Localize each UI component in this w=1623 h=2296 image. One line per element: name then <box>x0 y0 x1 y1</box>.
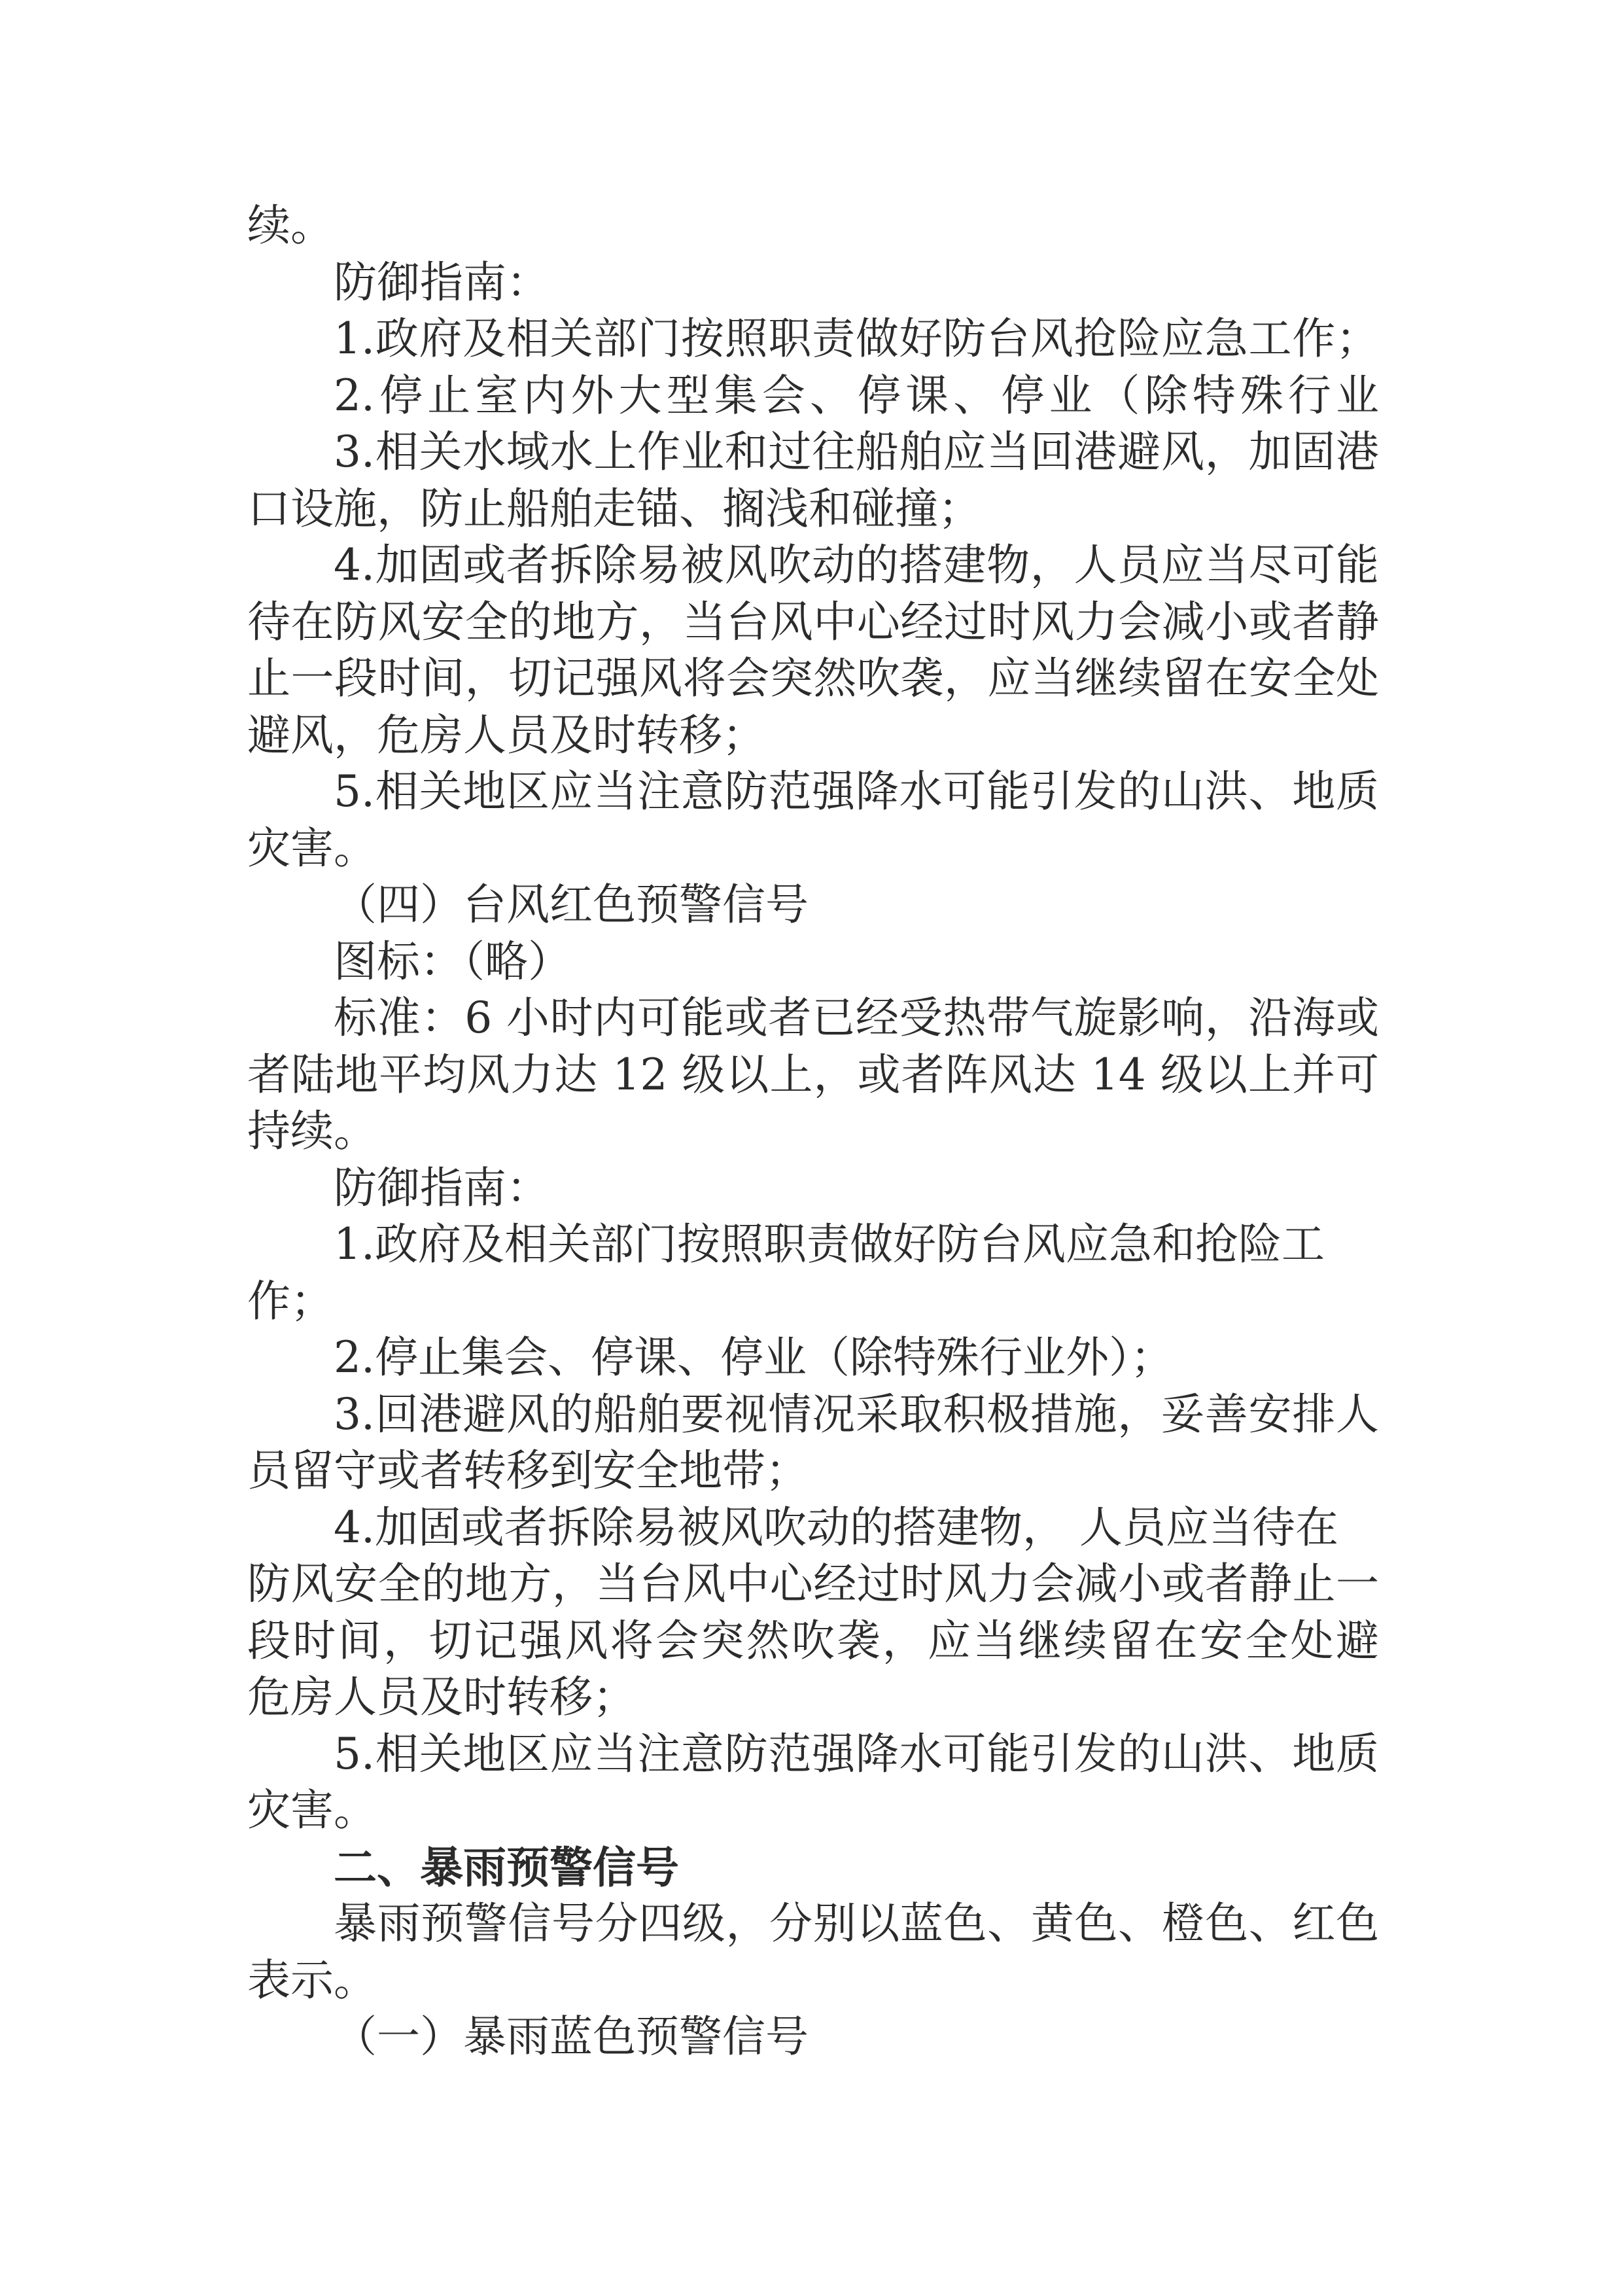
guide-2-item-5-cont: 灾害。 <box>247 1782 1379 1839</box>
guide-2-item-1: 1.政府及相关部门按照职责做好防台风应急和抢险工 <box>247 1216 1379 1273</box>
guide-2-item-5: 5.相关地区应当注意防范强降水可能引发的山洪、地质 <box>247 1726 1379 1783</box>
guide-1-item-4-cont-1: 待在防风安全的地方，当台风中心经过时风力会减小或者静 <box>247 594 1379 651</box>
heading-rainstorm-blue-signal: （一）暴雨蓝色预警信号 <box>247 2009 1379 2066</box>
standard-text: 标准：6 小时内可能或者已经受热带气旋影响，沿海或 <box>247 990 1379 1047</box>
standard-text-cont-2: 持续。 <box>247 1103 1379 1160</box>
guide-1-item-4-cont-3: 避风，危房人员及时转移； <box>247 707 1379 764</box>
document-body: 续。 防御指南： 1.政府及相关部门按照职责做好防台风抢险应急工作； 2.停止室… <box>247 198 1379 2066</box>
guide-2-item-4-cont-1: 防风安全的地方，当台风中心经过时风力会减小或者静止一 <box>247 1556 1379 1613</box>
heading-rainstorm-signal: 二、暴雨预警信号 <box>247 1839 1379 1896</box>
standard-text-cont-1: 者陆地平均风力达 12 级以上，或者阵风达 14 级以上并可能 <box>247 1047 1379 1104</box>
guide-2-item-3: 3.回港避风的船舶要视情况采取积极措施，妥善安排人 <box>247 1386 1379 1443</box>
guide-1-item-3-cont: 口设施，防止船舶走锚、搁浅和碰撞； <box>247 481 1379 538</box>
heading-defense-guide-1: 防御指南： <box>247 255 1379 311</box>
guide-1-item-1: 1.政府及相关部门按照职责做好防台风抢险应急工作； <box>247 311 1379 368</box>
guide-2-item-1-cont: 作； <box>247 1273 1379 1330</box>
heading-defense-guide-2: 防御指南： <box>247 1160 1379 1217</box>
text-line-continuation: 续。 <box>247 198 1379 255</box>
guide-2-item-4-cont-2: 段时间，切记强风将会突然吹袭，应当继续留在安全处避风， <box>247 1613 1379 1670</box>
rainstorm-intro: 暴雨预警信号分四级，分别以蓝色、黄色、橙色、红色 <box>247 1896 1379 1952</box>
rainstorm-intro-cont: 表示。 <box>247 1952 1379 2009</box>
guide-1-item-2: 2.停止室内外大型集会、停课、停业（除特殊行业外）； <box>247 368 1379 425</box>
document-page: 续。 防御指南： 1.政府及相关部门按照职责做好防台风抢险应急工作； 2.停止室… <box>0 0 1623 2296</box>
guide-1-item-5: 5.相关地区应当注意防范强降水可能引发的山洪、地质 <box>247 764 1379 821</box>
guide-1-item-5-cont: 灾害。 <box>247 821 1379 877</box>
heading-typhoon-red-signal: （四）台风红色预警信号 <box>247 877 1379 934</box>
guide-2-item-3-cont: 员留守或者转移到安全地带； <box>247 1443 1379 1500</box>
guide-1-item-3: 3.相关水域水上作业和过往船舶应当回港避风，加固港 <box>247 424 1379 481</box>
guide-1-item-4-cont-2: 止一段时间，切记强风将会突然吹袭，应当继续留在安全处 <box>247 650 1379 707</box>
guide-2-item-4-cont-3: 危房人员及时转移； <box>247 1669 1379 1726</box>
guide-2-item-2: 2.停止集会、停课、停业（除特殊行业外）； <box>247 1330 1379 1386</box>
guide-2-item-4: 4.加固或者拆除易被风吹动的搭建物， 人员应当待在 <box>247 1500 1379 1557</box>
guide-1-item-4: 4.加固或者拆除易被风吹动的搭建物，人员应当尽可能 <box>247 537 1379 594</box>
icon-note: 图标：（略） <box>247 934 1379 991</box>
